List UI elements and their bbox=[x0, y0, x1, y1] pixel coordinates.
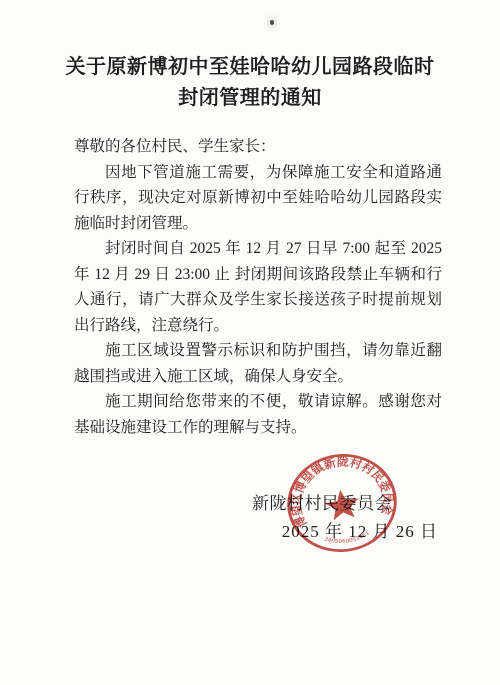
official-seal: 博望区博望镇新陇村村民委员会 3405060053451 bbox=[271, 438, 414, 569]
paragraph-construction-reason: 因地下管道施工需要，为保障施工安全和道路通行秩序，现决定对原新博初中至娃哈哈幼儿… bbox=[74, 160, 442, 237]
greeting-line: 尊敬的各位村民、学生家长： bbox=[74, 134, 442, 160]
seal-ring-text: 博望区博望镇新陇村村民委员会 bbox=[281, 447, 398, 531]
scan-artifact-dot bbox=[270, 20, 274, 25]
notice-title-line2: 封闭管理的通知 bbox=[0, 83, 500, 114]
svg-text:博望区博望镇新陇村村民委员会: 博望区博望镇新陇村村民委员会 bbox=[281, 447, 398, 531]
notice-title-line1: 关于原新博初中至娃哈哈幼儿园路段临时 bbox=[0, 52, 500, 83]
paragraph-closure-time: 封闭时间自 2025 年 12 月 27 日早 7:00 起至 2025 年 1… bbox=[74, 236, 442, 338]
paragraph-safety-warning: 施工区域设置警示标识和防护围挡，请勿靠近翻越围挡或进入施工区域，确保人身安全。 bbox=[74, 338, 442, 389]
star-icon bbox=[323, 487, 361, 521]
notice-title: 关于原新博初中至娃哈哈幼儿园路段临时 封闭管理的通知 bbox=[0, 52, 500, 114]
notice-body: 尊敬的各位村民、学生家长： 因地下管道施工需要，为保障施工安全和道路通行秩序，现… bbox=[74, 134, 442, 440]
paragraph-apology: 施工期间给您带来的不便，敬请谅解。感谢您对基础设施建设工作的理解与支持。 bbox=[74, 389, 442, 440]
notice-document-page: 关于原新博初中至娃哈哈幼儿园路段临时 封闭管理的通知 尊敬的各位村民、学生家长：… bbox=[0, 0, 500, 685]
